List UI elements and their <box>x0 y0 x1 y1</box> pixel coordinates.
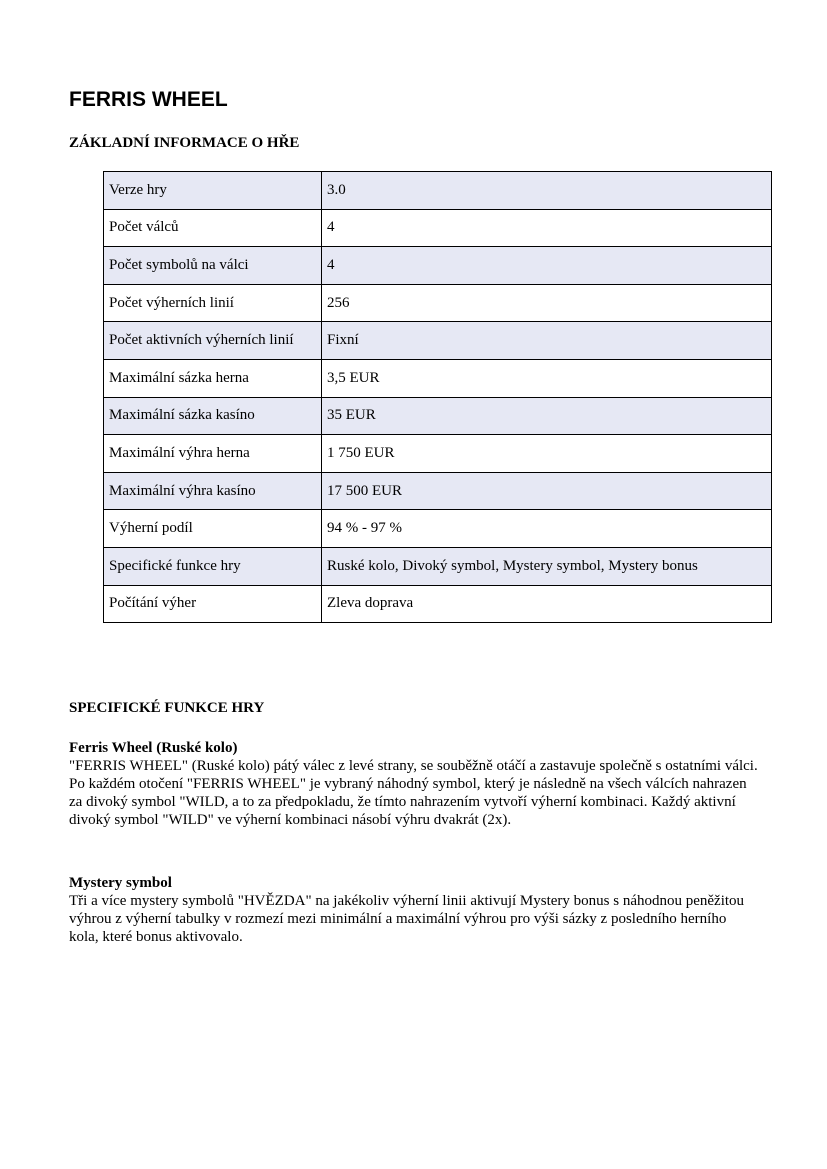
feature-text: Tři a více mystery symbolů "HVĚZDA" na j… <box>69 892 759 946</box>
feature-title: Ferris Wheel (Ruské kolo) <box>69 739 759 757</box>
row-label: Počet válců <box>104 209 322 247</box>
feature-title: Mystery symbol <box>69 874 759 892</box>
row-value: 4 <box>322 247 772 285</box>
table-row: Maximální sázka kasíno 35 EUR <box>104 397 772 435</box>
row-value: 35 EUR <box>322 397 772 435</box>
basic-info-heading: ZÁKLADNÍ INFORMACE O HŘE <box>69 135 299 152</box>
table-row: Počet válců 4 <box>104 209 772 247</box>
table-row: Počet symbolů na válci 4 <box>104 247 772 285</box>
row-label: Počet výherních linií <box>104 284 322 322</box>
table-row: Počet výherních linií 256 <box>104 284 772 322</box>
basic-info-table: Verze hry 3.0 Počet válců 4 Počet symbol… <box>103 171 772 623</box>
row-label: Maximální sázka kasíno <box>104 397 322 435</box>
row-value: 94 % - 97 % <box>322 510 772 548</box>
row-label: Počet aktivních výherních linií <box>104 322 322 360</box>
row-label: Verze hry <box>104 172 322 210</box>
row-value: 256 <box>322 284 772 322</box>
document-page: FERRIS WHEEL ZÁKLADNÍ INFORMACE O HŘE Ve… <box>0 0 827 1169</box>
row-label: Výherní podíl <box>104 510 322 548</box>
feature-ferris-wheel: Ferris Wheel (Ruské kolo) "FERRIS WHEEL"… <box>69 739 759 829</box>
table-row: Specifické funkce hry Ruské kolo, Divoký… <box>104 547 772 585</box>
table-row: Počet aktivních výherních linií Fixní <box>104 322 772 360</box>
table-row: Maximální výhra herna 1 750 EUR <box>104 435 772 473</box>
row-value: Zleva doprava <box>322 585 772 623</box>
row-label: Maximální výhra herna <box>104 435 322 473</box>
table-row: Výherní podíl 94 % - 97 % <box>104 510 772 548</box>
table-row: Maximální sázka herna 3,5 EUR <box>104 359 772 397</box>
features-heading: SPECIFICKÉ FUNKCE HRY <box>69 700 264 717</box>
row-label: Specifické funkce hry <box>104 547 322 585</box>
row-value: Fixní <box>322 322 772 360</box>
row-value: 3,5 EUR <box>322 359 772 397</box>
table-row: Počítání výher Zleva doprava <box>104 585 772 623</box>
row-value: 17 500 EUR <box>322 472 772 510</box>
row-value: 4 <box>322 209 772 247</box>
table-row: Maximální výhra kasíno 17 500 EUR <box>104 472 772 510</box>
row-value: Ruské kolo, Divoký symbol, Mystery symbo… <box>322 547 772 585</box>
document-title: FERRIS WHEEL <box>69 88 228 112</box>
row-label: Maximální výhra kasíno <box>104 472 322 510</box>
row-value: 3.0 <box>322 172 772 210</box>
row-value: 1 750 EUR <box>322 435 772 473</box>
feature-text: "FERRIS WHEEL" (Ruské kolo) pátý válec z… <box>69 757 759 829</box>
row-label: Maximální sázka herna <box>104 359 322 397</box>
feature-mystery-symbol: Mystery symbol Tři a více mystery symbol… <box>69 874 759 946</box>
row-label: Počítání výher <box>104 585 322 623</box>
row-label: Počet symbolů na válci <box>104 247 322 285</box>
table-row: Verze hry 3.0 <box>104 172 772 210</box>
